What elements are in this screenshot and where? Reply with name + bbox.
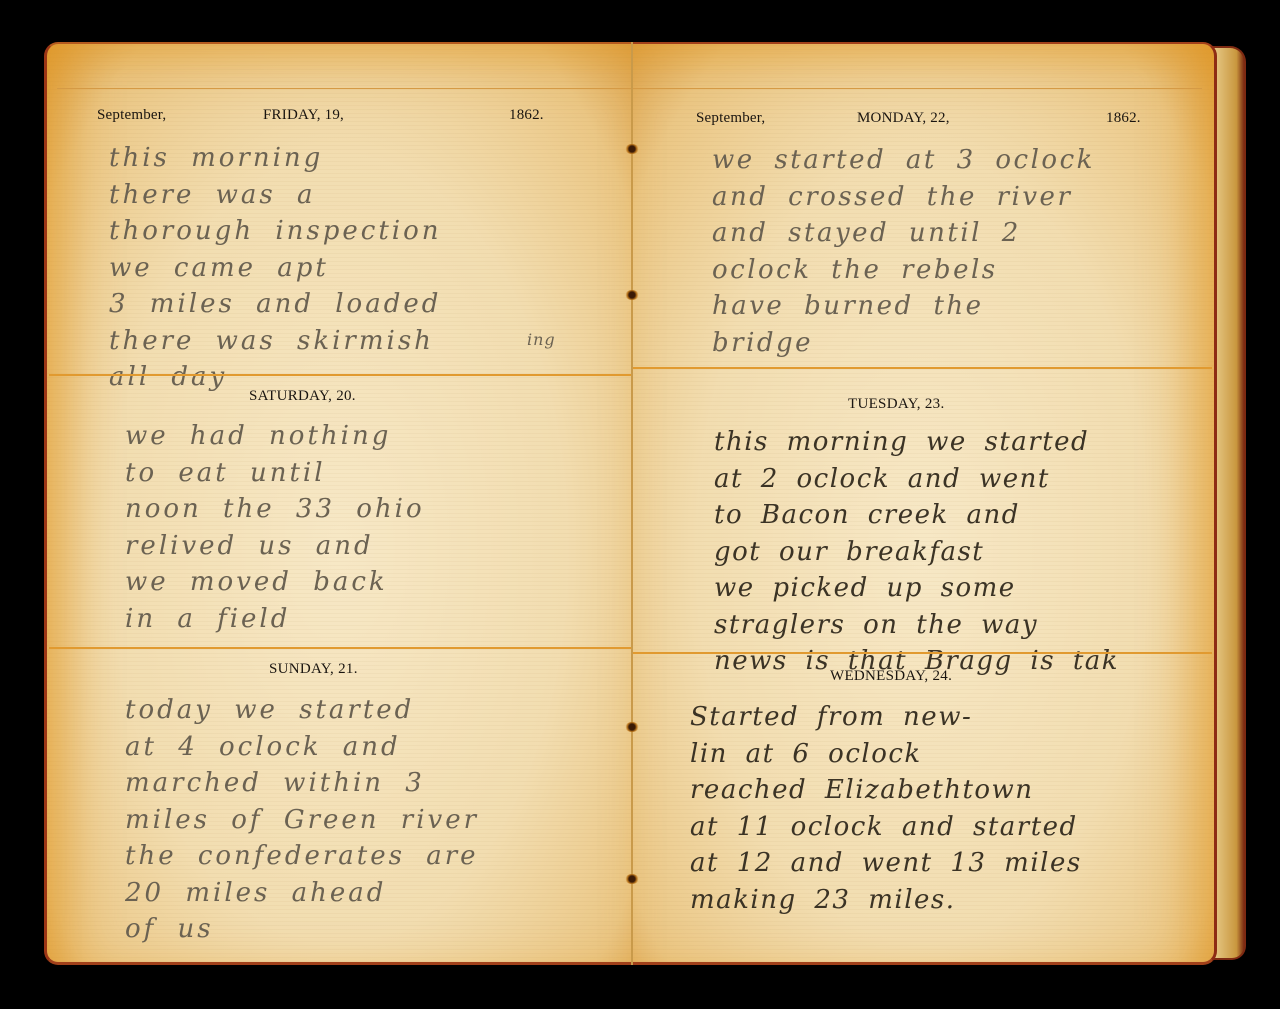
year-label: 1862. (509, 107, 544, 124)
left-page: September, FRIDAY, 19, 1862. this mornin… (44, 42, 632, 965)
entry-saturday-text: we had nothing to eat until noon the 33 … (125, 418, 425, 637)
stitch-hole (625, 144, 639, 154)
day-header-tuesday: TUESDAY, 23. (848, 396, 945, 413)
binding-gutter (631, 42, 633, 965)
top-rule (632, 88, 1202, 89)
year-label: 1862. (1106, 110, 1141, 127)
right-page: September, MONDAY, 22, 1862. we started … (632, 42, 1217, 965)
month-label: September, (696, 110, 765, 127)
day-header-saturday: SATURDAY, 20. (249, 388, 356, 405)
day-header-friday: FRIDAY, 19, (263, 107, 344, 124)
stitch-hole (625, 290, 639, 300)
day-header-wednesday: WEDNESDAY, 24. (830, 668, 952, 685)
section-rule (49, 374, 633, 376)
entry-wednesday-text: Started from new- lin at 6 oclock reache… (690, 699, 1082, 918)
month-label: September, (97, 107, 166, 124)
day-header-sunday: SUNDAY, 21. (269, 661, 358, 678)
stitch-hole (625, 874, 639, 884)
entry-tuesday-text: this morning we started at 2 oclock and … (714, 424, 1119, 680)
section-rule (632, 367, 1212, 369)
day-header-monday: MONDAY, 22, (857, 110, 950, 127)
open-diary: September, FRIDAY, 19, 1862. this mornin… (44, 42, 1246, 967)
entry-friday-insertion: ing (527, 330, 556, 350)
section-rule (632, 652, 1212, 654)
section-rule (49, 647, 633, 649)
stitch-hole (625, 722, 639, 732)
entry-sunday-text: today we started at 4 oclock and marched… (125, 692, 479, 948)
top-rule (57, 88, 632, 89)
entry-monday-text: we started at 3 oclock and crossed the r… (712, 142, 1095, 361)
entry-friday-text: this morning there was a thorough inspec… (109, 140, 441, 396)
